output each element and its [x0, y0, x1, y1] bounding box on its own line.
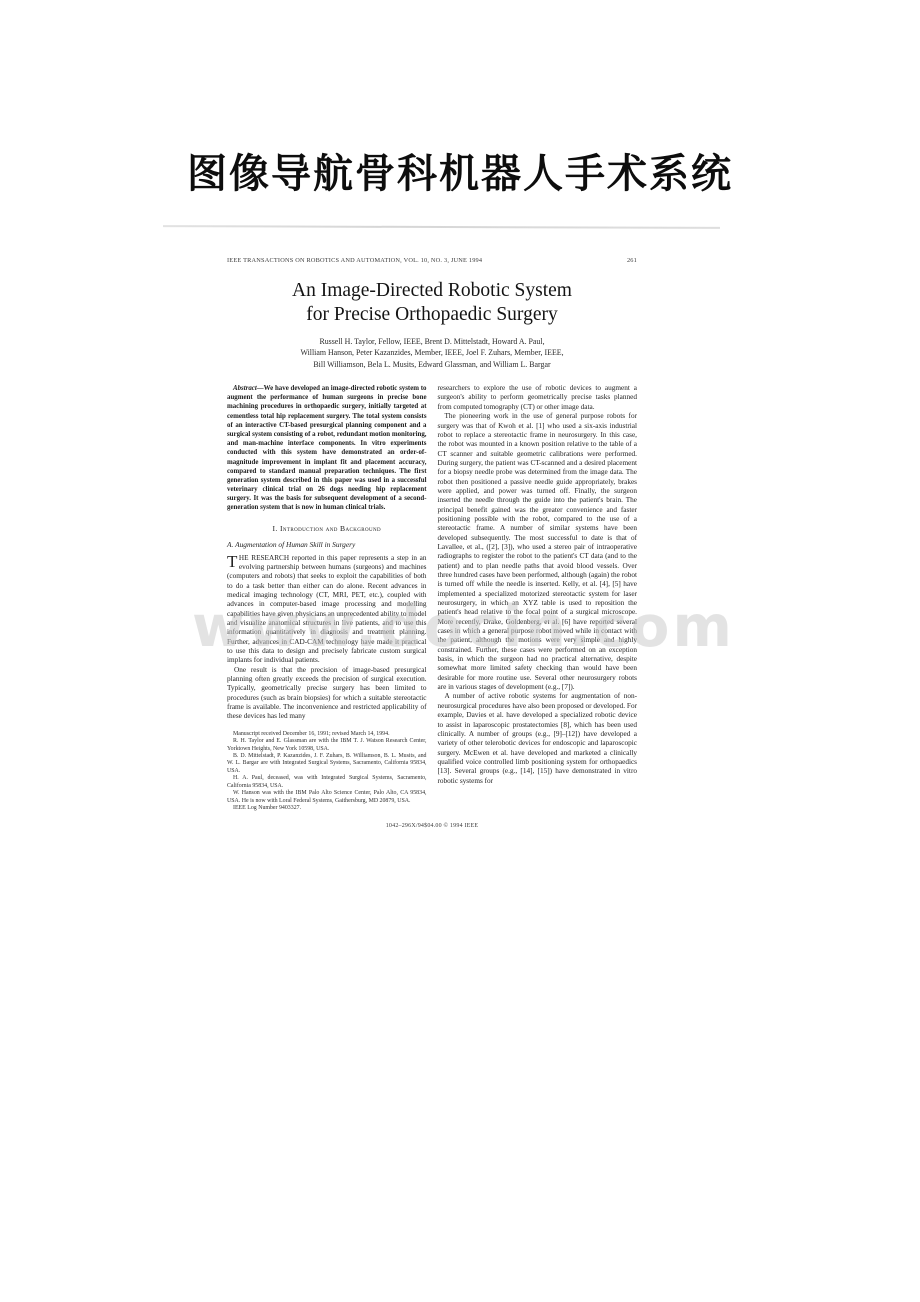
- left-column: Abstract—We have developed an image-dire…: [227, 384, 427, 812]
- author-line: Bill Williamson, Bela L. Musits, Edward …: [227, 359, 637, 371]
- body-paragraph: researchers to explore the use of roboti…: [438, 384, 638, 412]
- intro-paragraph-text: HE RESEARCH reported in this paper repre…: [227, 554, 427, 665]
- page-title: 图像导航骨科机器人手术系统: [0, 0, 920, 199]
- drop-cap: T: [227, 554, 239, 569]
- subsection-heading: A. Augmentation of Human Skill in Surger…: [227, 540, 427, 549]
- body-paragraph: One result is that the precision of imag…: [227, 666, 427, 722]
- section-heading: I. Introduction and Background: [227, 524, 427, 533]
- journal-header: IEEE TRANSACTIONS ON ROBOTICS AND AUTOMA…: [227, 257, 482, 264]
- footnote: B. D. Mittelstadt, P. Kazanzides, J. F. …: [227, 753, 427, 775]
- footnote: Manuscript received December 16, 1991; r…: [227, 731, 427, 738]
- scanned-paper-page: IEEE TRANSACTIONS ON ROBOTICS AND AUTOMA…: [227, 250, 637, 829]
- body-paragraph: The pioneering work in the use of genera…: [438, 412, 638, 692]
- footnote-block: Manuscript received December 16, 1991; r…: [227, 731, 427, 813]
- footnote: W. Hanson was with the IBM Palo Alto Sci…: [227, 790, 427, 805]
- footnote: IEEE Log Number 9403327.: [227, 805, 427, 812]
- right-column: researchers to explore the use of roboti…: [438, 384, 638, 812]
- author-list: Russell H. Taylor, Fellow, IEEE, Brent D…: [227, 336, 637, 372]
- intro-paragraph: THE RESEARCH reported in this paper repr…: [227, 554, 427, 666]
- paper-running-header: IEEE TRANSACTIONS ON ROBOTICS AND AUTOMA…: [227, 257, 637, 264]
- abstract-text: We have developed an image-directed robo…: [227, 385, 427, 511]
- paper-title: An Image-Directed Robotic System for Pre…: [227, 279, 637, 327]
- footnote: R. H. Taylor and E. Glassman are with th…: [227, 738, 427, 753]
- two-column-body: Abstract—We have developed an image-dire…: [227, 384, 637, 812]
- author-line: William Hanson, Peter Kazanzides, Member…: [227, 347, 637, 359]
- abstract: Abstract—We have developed an image-dire…: [227, 384, 427, 512]
- abstract-label: Abstract—: [233, 385, 264, 392]
- title-divider: [163, 225, 720, 229]
- author-line: Russell H. Taylor, Fellow, IEEE, Brent D…: [227, 336, 637, 348]
- body-paragraph: A number of active robotic systems for a…: [438, 692, 638, 785]
- footnote: H. A. Paul, deceased, was with Integrate…: [227, 775, 427, 790]
- paper-title-line1: An Image-Directed Robotic System: [227, 279, 637, 303]
- copyright-line: 1042–296X/94$04.00 © 1994 IEEE: [227, 823, 637, 829]
- paper-title-line2: for Precise Orthopaedic Surgery: [227, 303, 637, 327]
- page-number: 261: [627, 257, 637, 264]
